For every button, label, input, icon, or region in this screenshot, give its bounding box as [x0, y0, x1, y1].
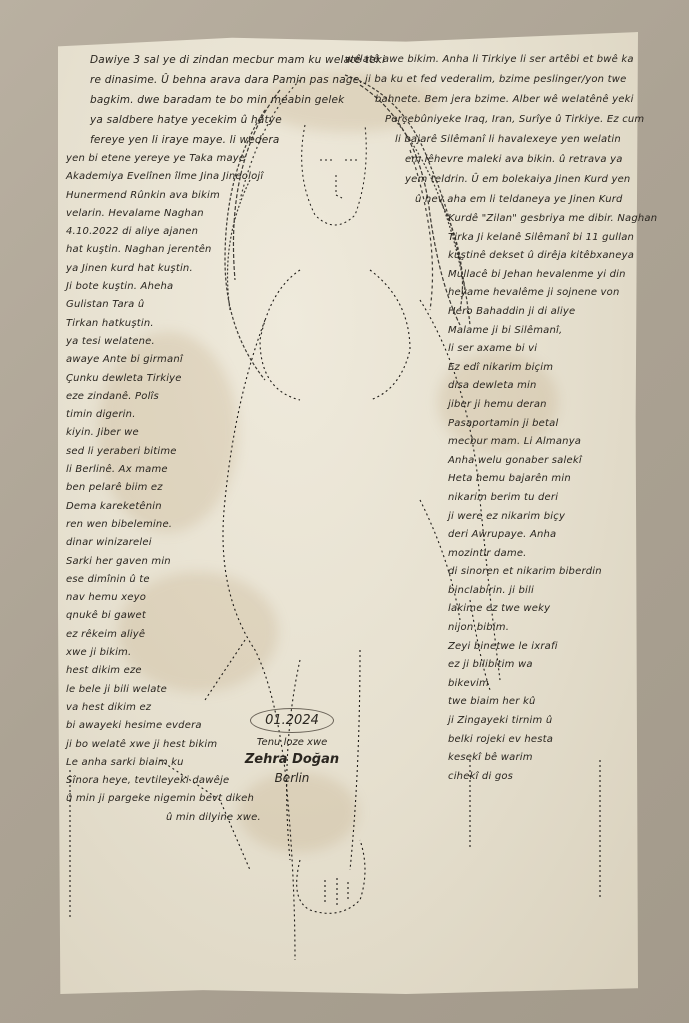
text-line: li ser axame bi vi: [448, 340, 657, 359]
text-line: li bajarê Silêmanî li havalexeye yen wel…: [345, 130, 644, 150]
text-line: nikarim berim tu deri: [448, 489, 657, 508]
text-line: xwe ji bikim.: [66, 644, 263, 662]
text-line: velarin. Hevalame Naghan: [66, 205, 263, 223]
text-line: kesekî bê warim: [448, 749, 657, 768]
text-line: ren wen bibelemine.: [66, 516, 263, 534]
text-line: awaye Ante bi girmanî: [66, 351, 263, 369]
text-line: jiber ji hemu deran: [448, 396, 657, 415]
text-line: Heta hemu bajarên min: [448, 470, 657, 489]
text-line: Tirkan hatkuştin.: [66, 315, 263, 333]
text-line: bikevim: [448, 675, 657, 694]
text-line: lakime ez twe weky: [448, 600, 657, 619]
text-line: Zeyi binetwe le ixrafi: [448, 638, 657, 657]
handwritten-text-right-column: Kurdê "Zilan" gesbriya me dibir. Naghan …: [448, 210, 657, 786]
text-line: ji Zingayeki tirnim û: [448, 712, 657, 731]
text-line: eze zindanê. Polîs: [66, 388, 263, 406]
text-line: Kurdê "Zilan" gesbriya me dibir. Naghan: [448, 210, 657, 229]
handwritten-text-top-left: Dawiye 3 sal ye di zindan mecbur mam ku …: [90, 50, 385, 150]
text-line: Hero Bahaddin ji di aliye: [448, 303, 657, 322]
text-line: le bele ji bili welate: [66, 681, 263, 699]
text-line: bahnete. Bem jera bzime. Alber wê welatê…: [345, 90, 644, 110]
text-line: fereye yen li iraye maye. li wedera: [90, 130, 385, 150]
text-line: mozintir dame.: [448, 545, 657, 564]
artist-signature: 01.2024 Tenu loze xwe Zehra Doğan Berlin: [232, 708, 352, 785]
signature-date: 01.2024: [250, 708, 334, 733]
text-line: Hunermend Rûnkin ava bikim: [66, 187, 263, 205]
text-line: welatê awe bikim. Anha li Tirkiye li ser…: [345, 50, 644, 70]
text-line: ben pelarê biim ez: [66, 479, 263, 497]
text-line: sed li yeraberi bitime: [66, 443, 263, 461]
text-line: 4.10.2022 di aliye ajanen: [66, 223, 263, 241]
text-line: li Berlinê. Ax mame: [66, 461, 263, 479]
text-line: ese dimînin û te: [66, 571, 263, 589]
text-line: û hev aha em li teldaneya ye Jinen Kurd: [345, 190, 644, 210]
text-line: Akademiya Evelînen îlme Jina Jineolojî: [66, 168, 263, 186]
text-line: ya Jinen kurd hat kuştin.: [66, 260, 263, 278]
text-line: Ez edî nikarim biçim: [448, 359, 657, 378]
signature-dedication: Tenu loze xwe: [232, 737, 352, 748]
text-line: Dema kareketênin: [66, 498, 263, 516]
text-line: re dinasime. Û behna arava dara Pamin pa…: [90, 70, 385, 90]
text-line: cihekî di gos: [448, 768, 657, 787]
text-line: hest dikim eze: [66, 662, 263, 680]
text-line: twe biaim her kû: [448, 693, 657, 712]
text-line: Anha welu gonaber salekî: [448, 452, 657, 471]
text-line: timin digerin.: [66, 406, 263, 424]
text-line: nav hemu xeyo: [66, 589, 263, 607]
text-line: Tirka Ji kelanê Silêmanî bi 11 gullan: [448, 229, 657, 248]
text-line: bagkim. dwe baradam te bo min meabin gel…: [90, 90, 385, 110]
text-line: di sinoren et nikarim biberdin: [448, 563, 657, 582]
text-line: Gulistan Tara û: [66, 296, 263, 314]
text-line: nijon bibim.: [448, 619, 657, 638]
text-line: Ji bote kuştin. Aheha: [66, 278, 263, 296]
text-line: ya saldbere hatye yecekim û hatye: [90, 110, 385, 130]
signature-name: Zehra Doğan: [232, 752, 352, 767]
text-line: yen bi etene yereye ye Taka maye: [66, 150, 263, 168]
text-line: ji were ez nikarim biçy: [448, 508, 657, 527]
signature-city: Berlin: [232, 771, 352, 785]
text-line: Sarki her gaven min: [66, 553, 263, 571]
text-line: hat kuştin. Naghan jerentên: [66, 241, 263, 259]
text-line: Çunku dewleta Tirkiye: [66, 370, 263, 388]
text-line: Dawiye 3 sal ye di zindan mecbur mam ku …: [90, 50, 385, 70]
text-line: yem teldrin. Û em bolekaiya Jinen Kurd y…: [345, 170, 644, 190]
text-line: disa dewleta min: [448, 377, 657, 396]
text-line: û min ji pargeke nigemin bevt dikeh: [66, 790, 263, 808]
text-line: belki rojeki ev hesta: [448, 731, 657, 750]
text-line: em lêhevre maleki ava bikin. û retrava y…: [345, 150, 644, 170]
text-line: ez rêkeim aliyê: [66, 626, 263, 644]
text-line: û min dilyine xwe.: [66, 809, 263, 827]
text-line: dinar winizarelei: [66, 534, 263, 552]
text-line: Perçebûniyeke Iraq, Iran, Surîye û Tirki…: [345, 110, 644, 130]
text-line: Mullacê bi Jehan hevalenme yi din: [448, 266, 657, 285]
text-line: deri Awrupaye. Anha: [448, 526, 657, 545]
text-line: heyame hevalême ji sojnene von: [448, 284, 657, 303]
text-line: kuştinê dekset û dirêja kitêbxaneya: [448, 247, 657, 266]
text-line: ya tesi welatene.: [66, 333, 263, 351]
text-line: Malame ji bi Silêmanî,: [448, 322, 657, 341]
text-line: binclabirin. ji bili: [448, 582, 657, 601]
text-line: qnukê bi gawet: [66, 607, 263, 625]
text-line: kiyin. Jiber we: [66, 424, 263, 442]
text-line: ji ba ku et fed vederalim, bzime pesling…: [345, 70, 644, 90]
text-line: ez ji bilibitim wa: [448, 656, 657, 675]
text-line: Pasaportamin ji betal: [448, 415, 657, 434]
handwritten-text-top-right: welatê awe bikim. Anha li Tirkiye li ser…: [345, 50, 644, 210]
text-line: mecbur mam. Li Almanya: [448, 433, 657, 452]
